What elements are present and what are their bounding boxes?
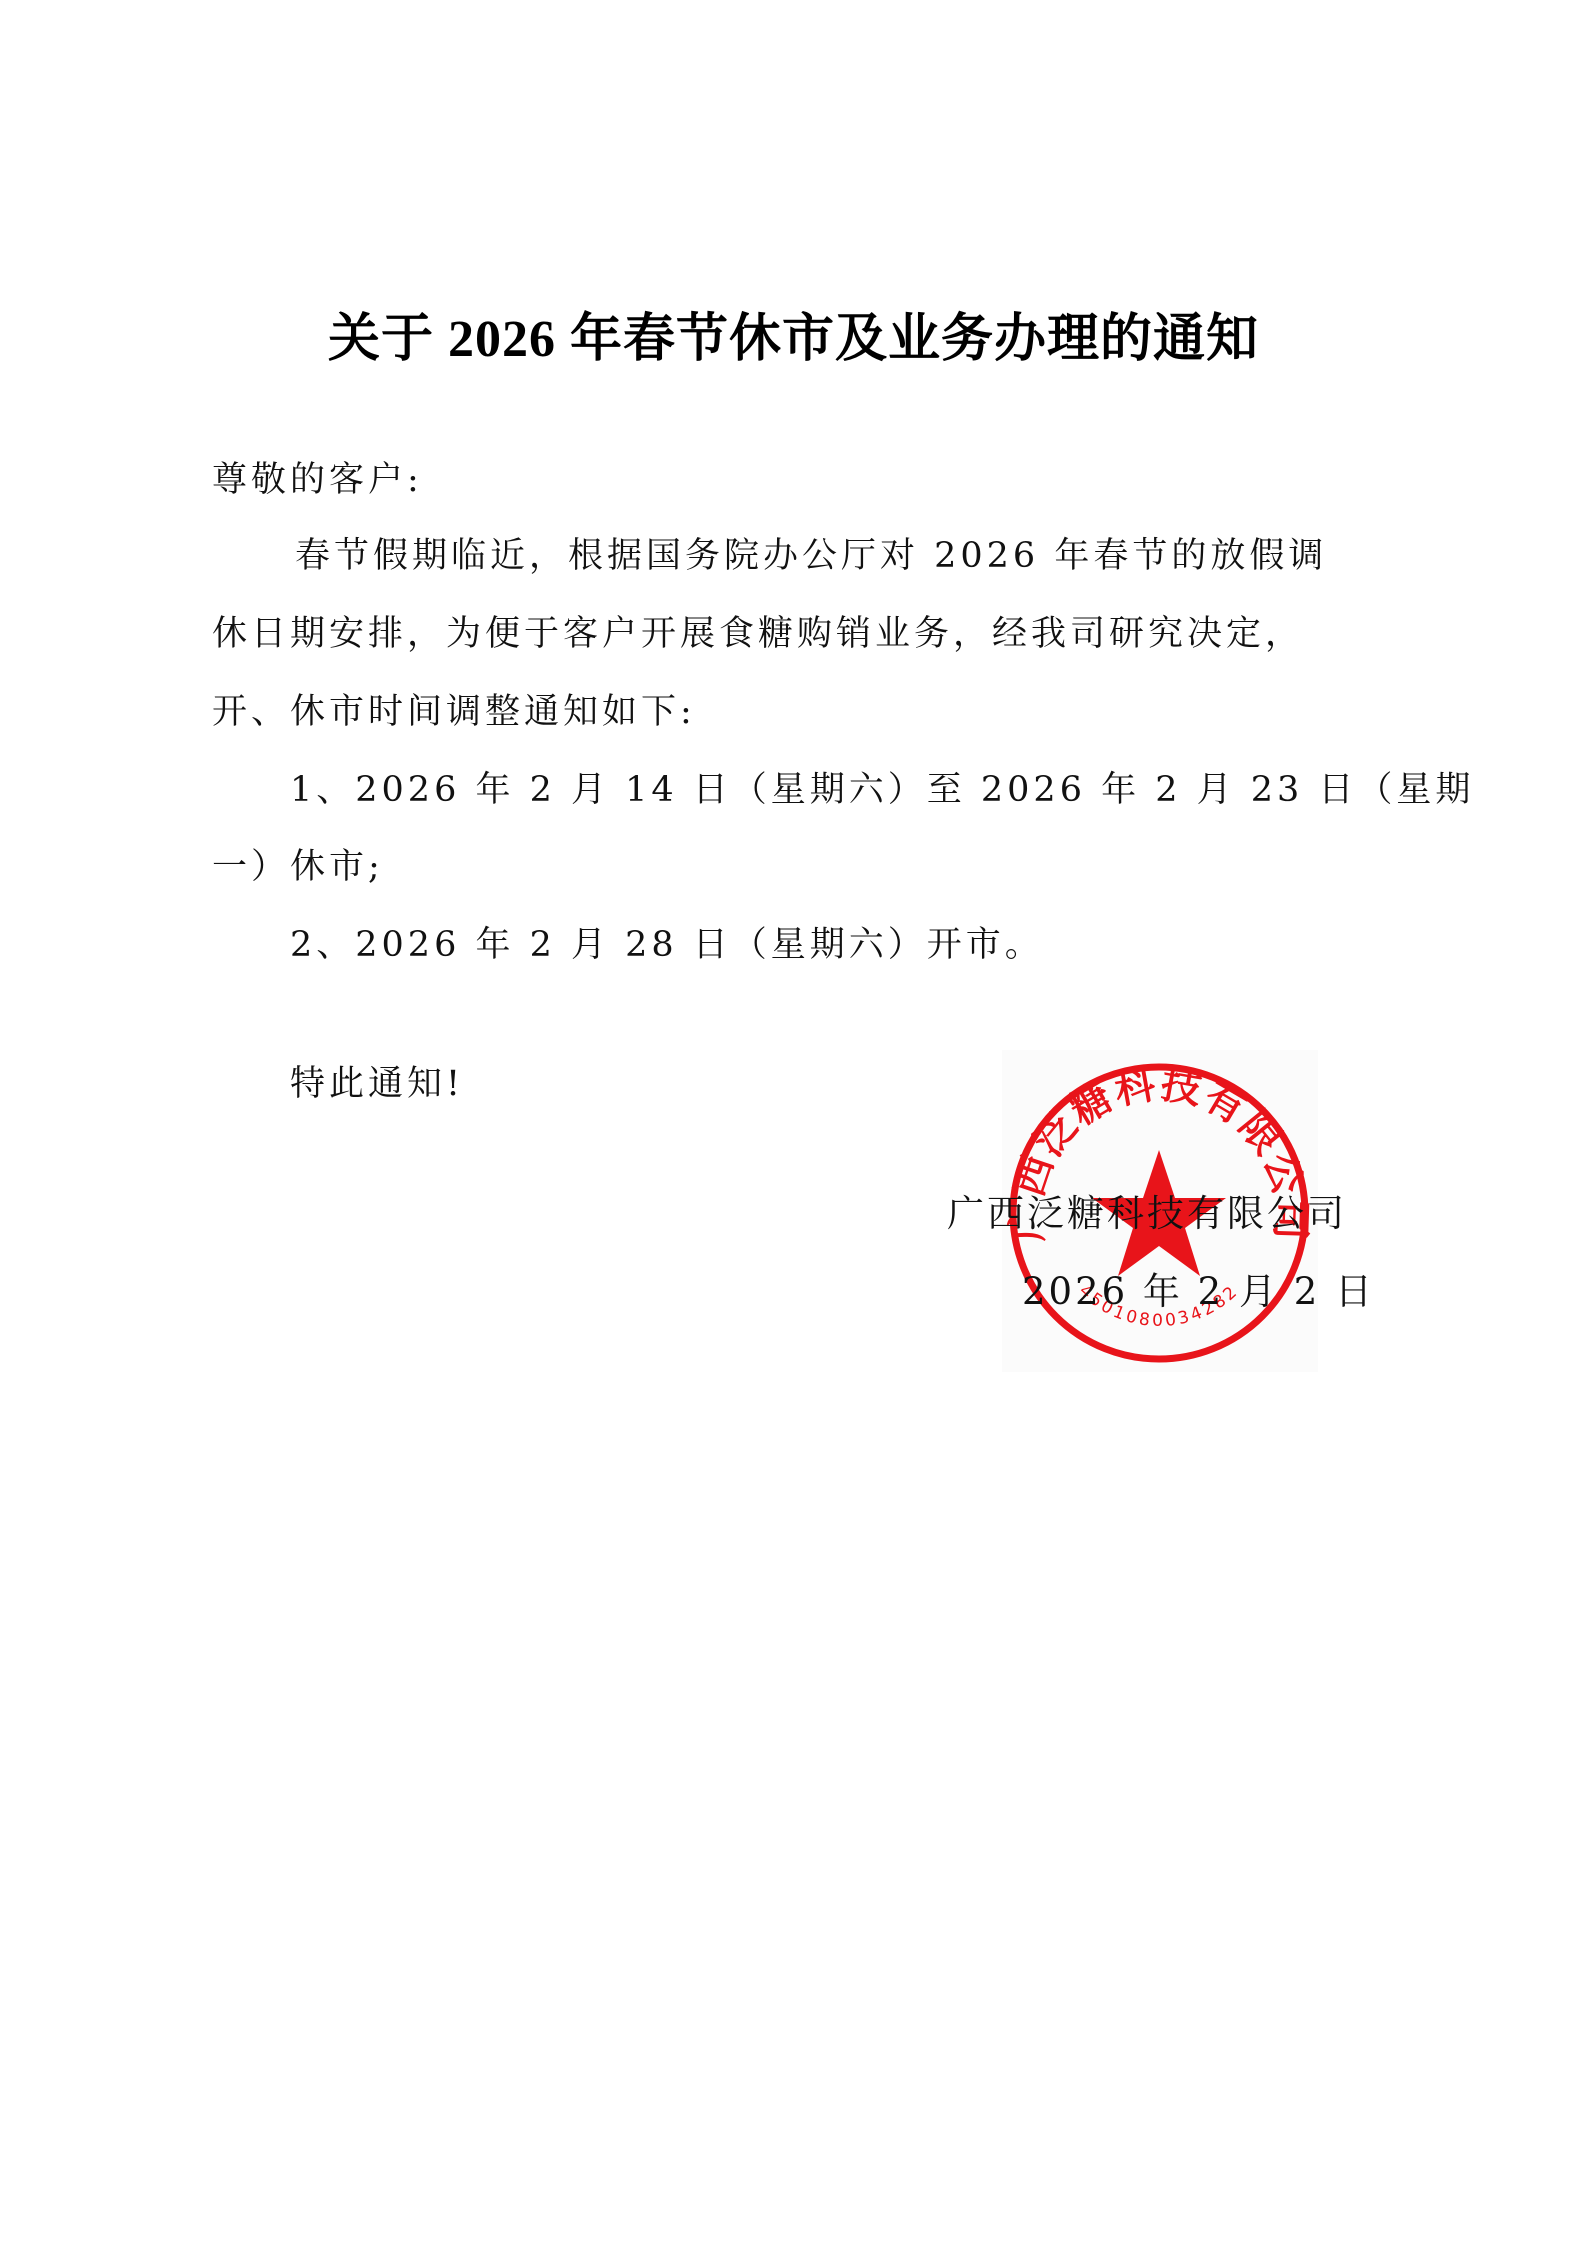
document-page: 关于 2026 年春节休市及业务办理的通知 尊敬的客户: 春节假期临近，根据国务…: [0, 0, 1587, 2245]
signature-date: 2026 年 2 月 2 日: [1022, 1268, 1375, 1316]
paragraph-line: 休日期安排，为便于客户开展食糖购销业务，经我司研究决定，: [212, 610, 1304, 658]
list-item-2: 2、2026 年 2 月 28 日（星期六）开市。: [290, 921, 1044, 969]
paragraph-line: 开、休市时间调整通知如下:: [212, 688, 696, 736]
greeting: 尊敬的客户:: [212, 456, 423, 504]
paragraph-line: 春节假期临近，根据国务院办公厅对 2026 年春节的放假调: [295, 532, 1327, 580]
document-title: 关于 2026 年春节休市及业务办理的通知: [0, 300, 1587, 380]
list-item-1-line-1: 1、2026 年 2 月 14 日（星期六）至 2026 年 2 月 23 日（…: [290, 766, 1474, 814]
list-item-1-line-2: 一）休市;: [212, 843, 384, 891]
closing-remark: 特此通知!: [290, 1060, 464, 1108]
signature-company: 广西泛糖科技有限公司: [947, 1190, 1347, 1238]
